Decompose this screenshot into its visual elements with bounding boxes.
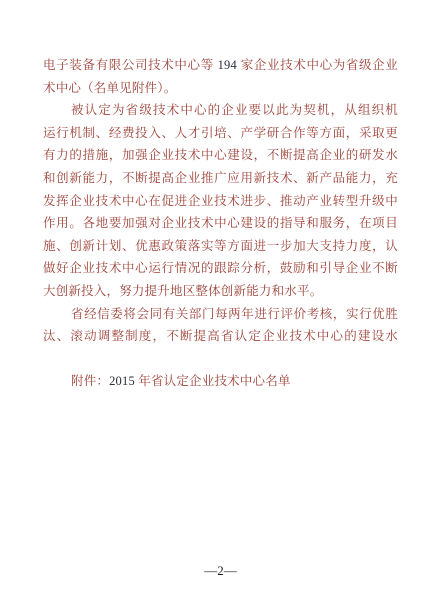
body-line-2: 术中心（名单见附件）。 bbox=[43, 77, 398, 100]
body-line-5: 有力的措施，加强企业技术中心建设，不断提高企业的研发水平 bbox=[43, 144, 398, 167]
body-line-7: 发挥企业技术中心在促进企业技术进步、推动产业转型升级中的 bbox=[43, 190, 398, 213]
body-line-13: 汰、滚动调整制度，不断提高省认定企业技术中心的建设水平。 bbox=[43, 325, 398, 348]
body-line-6: 和创新能力，不断提高企业推广应用新技术、新产品能力，充分 bbox=[43, 167, 398, 190]
page-number: —2— bbox=[0, 562, 441, 580]
document-body: 电子装备有限公司技术中心等 194 家企业技术中心为省级企业技 术中心（名单见附… bbox=[43, 54, 398, 393]
body-line-3: 被认定为省级技术中心的企业要以此为契机，从组织机构、 bbox=[43, 99, 398, 122]
attachment-line: 附件：2015 年省认定企业技术中心名单 bbox=[43, 370, 398, 393]
attachment-title: 年省认定企业技术中心名单 bbox=[135, 374, 291, 388]
body-line-11: 大创新投入，努力提升地区整体创新能力和水平。 bbox=[43, 280, 398, 303]
body-line-4: 运行机制、经费投入、人才引培、产学研合作等方面，采取更加 bbox=[43, 122, 398, 145]
enterprise-count-numeral: 194 bbox=[218, 58, 237, 72]
attachment-label: 附件： bbox=[71, 374, 109, 388]
body-line-12: 省经信委将会同有关部门每两年进行评价考核，实行优胜劣 bbox=[43, 303, 398, 326]
body-line-1-text: 电子装备有限公司技术中心等 bbox=[43, 58, 218, 72]
attachment-year-numeral: 2015 bbox=[109, 374, 135, 388]
body-line-9: 施、创新计划、优惠政策落实等方面进一步加大支持力度，认真 bbox=[43, 235, 398, 258]
body-line-8: 作用。各地要加强对企业技术中心建设的指导和服务，在项目实 bbox=[43, 212, 398, 235]
body-line-10: 做好企业技术中心运行情况的跟踪分析，鼓励和引导企业不断加 bbox=[43, 257, 398, 280]
document-page: 电子装备有限公司技术中心等 194 家企业技术中心为省级企业技 术中心（名单见附… bbox=[0, 0, 441, 596]
body-line-1: 电子装备有限公司技术中心等 194 家企业技术中心为省级企业技 bbox=[43, 54, 398, 77]
